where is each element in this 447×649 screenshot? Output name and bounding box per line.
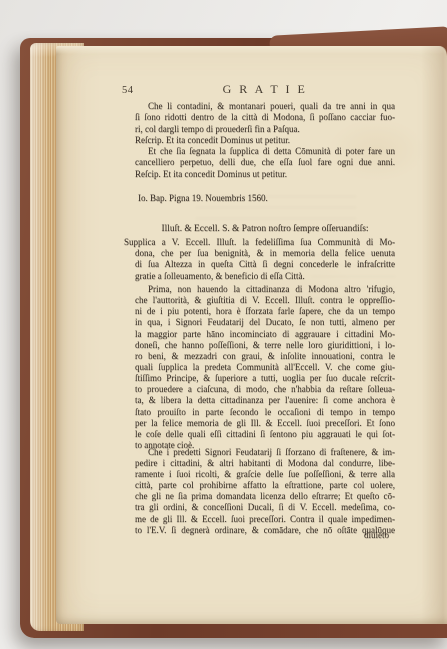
- text-line: cancelliero perpetuo, delli due, che eſſ…: [135, 157, 395, 168]
- paragraph-prima: Prima, non hauendo la cittadinanza di Mo…: [135, 284, 395, 451]
- text-line: ro beni, & mezzadri con graui, & inſolit…: [135, 351, 395, 362]
- text-line: Reſcrip. Et ita concedit Dominus ut peti…: [135, 135, 395, 146]
- text-line: ſi ſono ridotti dentro de la città di Mo…: [135, 112, 395, 123]
- text-line: le coſe delle quali eſſi cittadini ſi ſe…: [135, 429, 395, 440]
- text-line: per la felice memoria de gli Ill. & Ecce…: [135, 418, 395, 429]
- text-line: Et che ſia ſegnata la ſupplica di detta …: [135, 146, 395, 157]
- paragraph-supplica: Supplica a V. Eccell. Illuſt. la fedeliſ…: [135, 237, 395, 282]
- date-line: Io. Bap. Pigna 19. Nouembris 1560.: [138, 193, 268, 203]
- text-line: ta, & libera la detta cittadinanza per l…: [135, 395, 395, 406]
- text-line: doneſi, che hanno poſſeſſioni, & terre n…: [135, 340, 395, 351]
- text-block: Che li contadini, & montanari poueri, qu…: [135, 46, 395, 624]
- text-line: Che li contadini, & montanari poueri, qu…: [135, 101, 395, 112]
- text-line: ni de i piu potenti, hora è ſforzata far…: [135, 306, 395, 317]
- text-line: Reſcip. Et ita concedit Dominus ut petit…: [135, 169, 395, 180]
- text-line: pedire i cittadini, & altri habitanti di…: [135, 458, 395, 469]
- paragraph-feudatari: Che i predetti Signori Feudatarij ſi ſfo…: [135, 447, 395, 536]
- folio-number: 54: [122, 85, 134, 96]
- text-line: in qua, i Signori Feudatarij del Ducato,…: [135, 317, 395, 328]
- text-line: Supplica a V. Eccell. Illuſt. la fedeliſ…: [124, 237, 395, 248]
- text-line: Prima, non hauendo la cittadinanza di Mo…: [135, 284, 395, 295]
- text-line: di ſua Altezza in queſta Città ſi degni …: [135, 259, 395, 270]
- text-line: città, parte col prohibirne affatto la e…: [135, 480, 395, 491]
- text-line: me de gli Ill. & Eccell. ſuoi preceſſori…: [135, 514, 395, 525]
- text-line: gratie a ſolleuamento, & beneficio di eſ…: [135, 271, 395, 282]
- text-line: ri, col dargli tempo di prouederſi fin a…: [135, 124, 395, 135]
- text-line: ſtiſſimo Principe, & ſuperiore a tutti, …: [135, 373, 395, 384]
- text-line: ramente i ſuoi ricolti, & graſcie delle …: [135, 469, 395, 480]
- paragraph-grants: Che li contadini, & montanari poueri, qu…: [135, 101, 395, 180]
- book-page: 54 G R A T I E Che li contadini, & monta…: [56, 46, 447, 624]
- salutation-heading: Illuſt. & Eccell. S. & Patron noſtro ſem…: [135, 224, 395, 234]
- text-line: Che i predetti Signori Feudatarij ſi ſfo…: [135, 447, 395, 458]
- catchword: diuieto: [135, 530, 395, 540]
- book: 54 G R A T I E Che li contadini, & monta…: [20, 38, 447, 638]
- text-line: ſtato prouiſto in parte ſecondo le occaſ…: [135, 407, 395, 418]
- text-line: che l'auttorità, & giuſtitia di V. Eccel…: [135, 295, 395, 306]
- photo-backdrop: 54 G R A T I E Che li contadini, & monta…: [0, 0, 447, 649]
- text-line: dona, che per ſua benignità, & in memori…: [135, 248, 395, 259]
- text-line: to prouedere a ciaſcuna, di modo, che n'…: [135, 384, 395, 395]
- text-line: che gli ne ſia prima domandata licenza d…: [135, 491, 395, 502]
- text-line: la maggior parte hāno incominciato di ag…: [135, 329, 395, 340]
- text-line: tra gli ordini, & conceſſioni Ducali, ſi…: [135, 502, 395, 513]
- text-line: quali ſupplica la predeta Communità all'…: [135, 362, 395, 373]
